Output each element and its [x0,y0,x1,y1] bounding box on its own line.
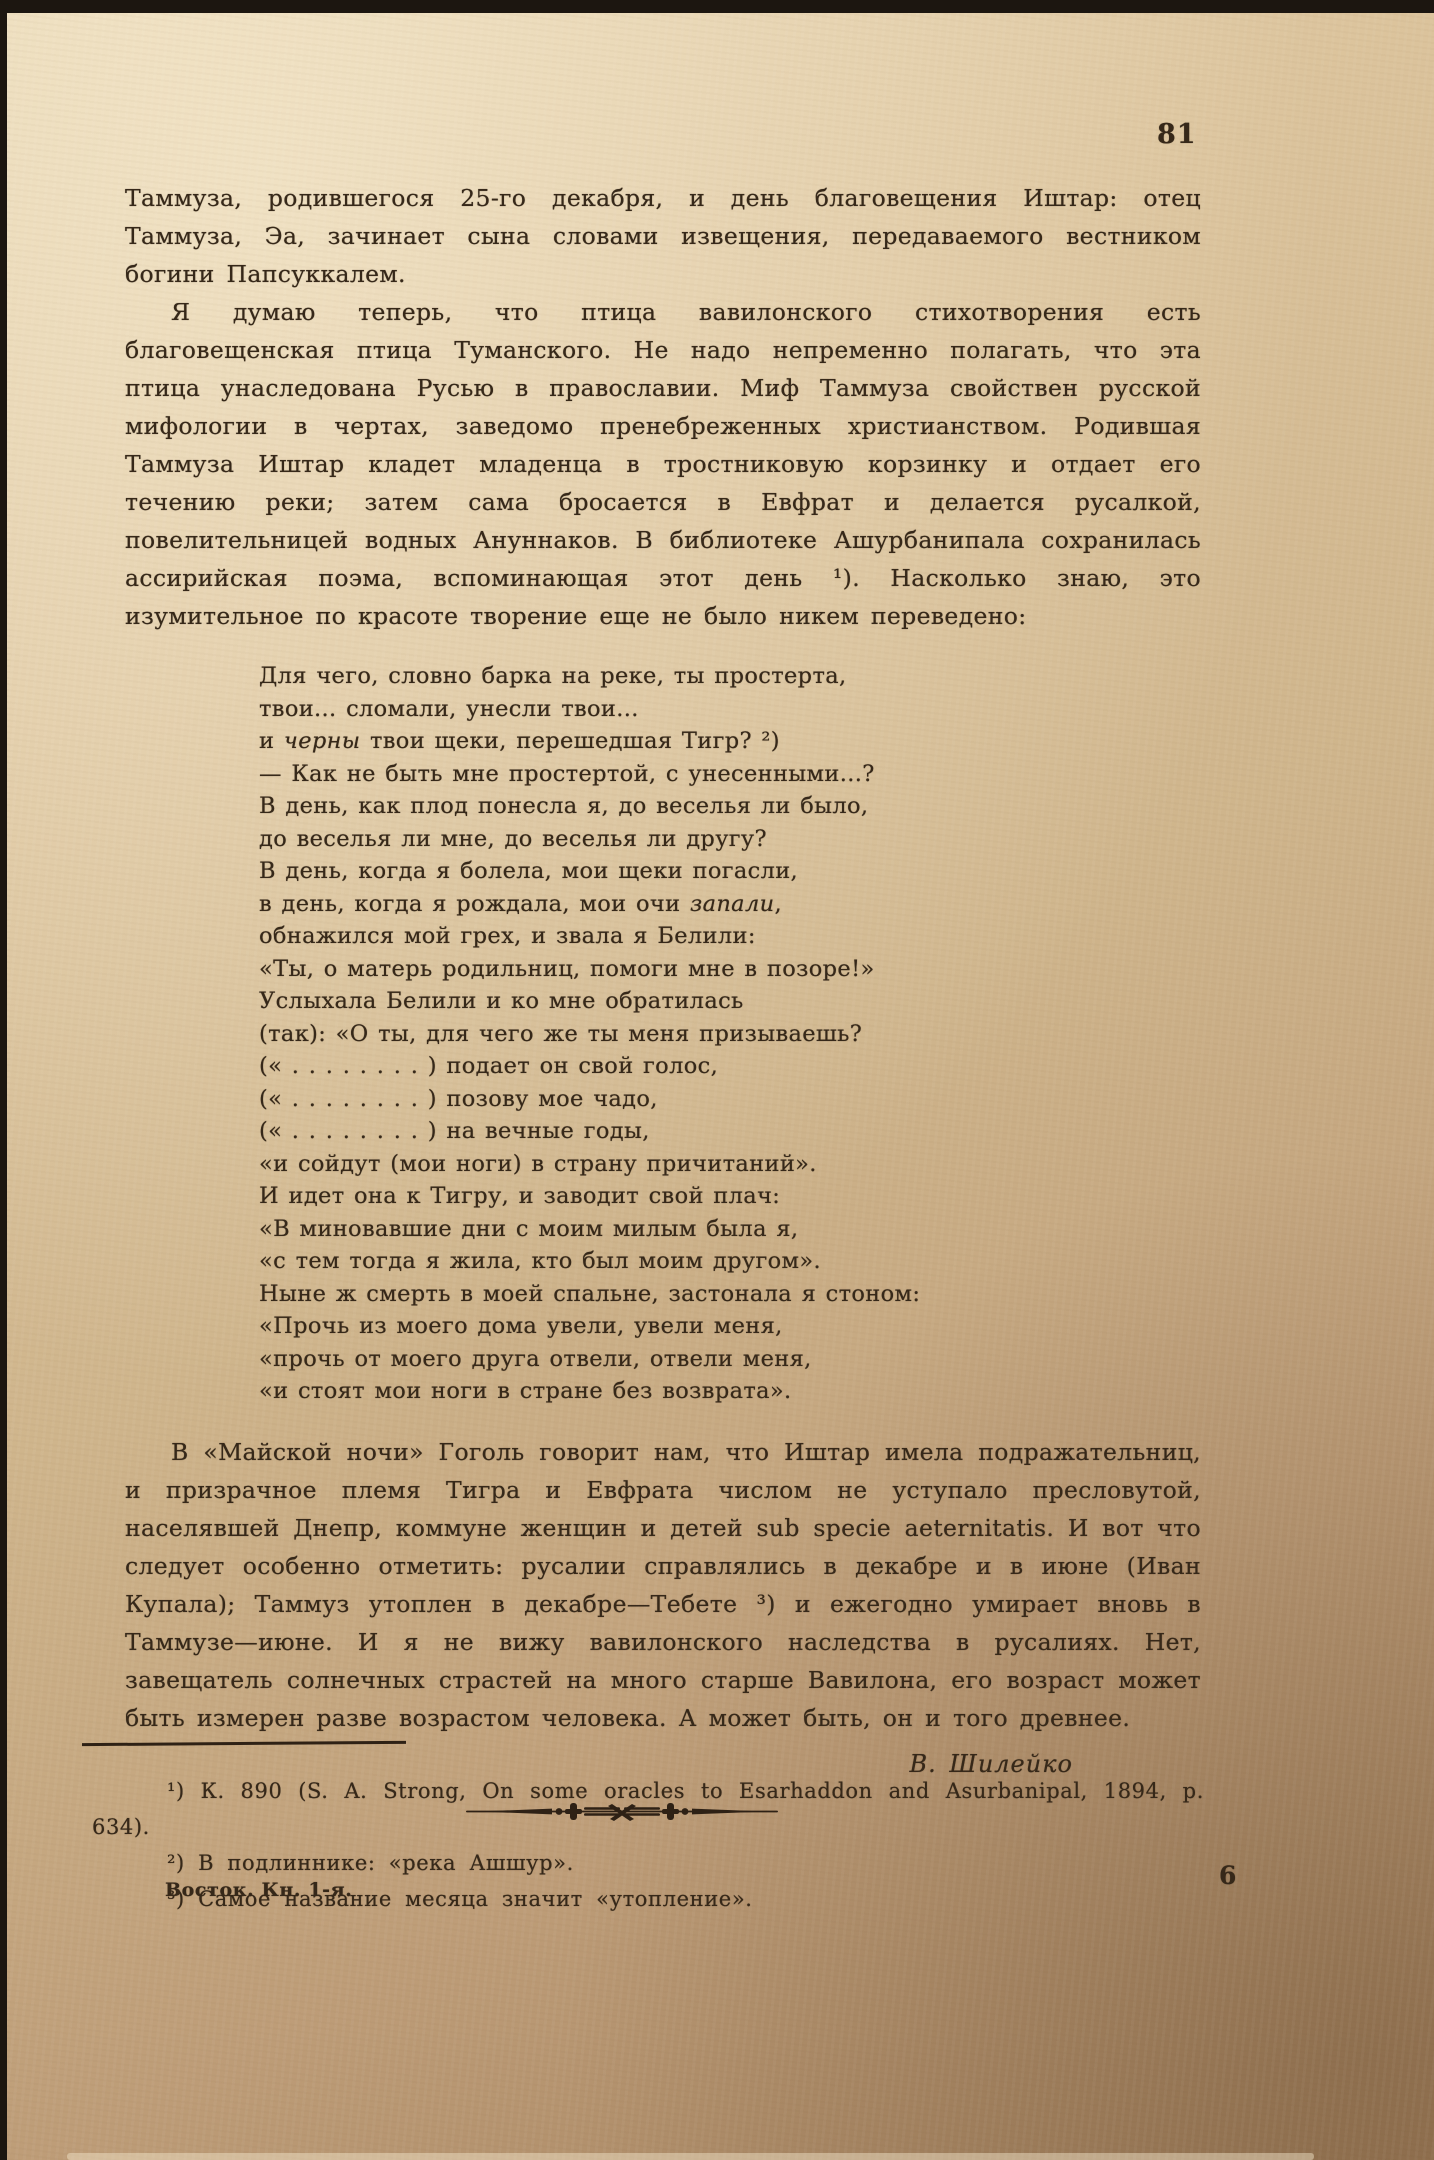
book-page: 81 Таммуза, родившегося 25-го декабря, и… [7,13,1434,2160]
page-number: 81 [1157,119,1197,150]
poem-line: «В миновавшие дни с моим милым была я, [259,1213,1201,1246]
imprint: Восток. Кн. 1-я. [165,1879,352,1901]
poem-line: Услыхала Белили и ко мне обратилась [259,985,1201,1018]
poem-line: (« . . . . . . . . ) подает он свой голо… [259,1050,1201,1083]
footnote: ²) В подлиннике: «река Ашшур». [92,1845,1204,1881]
poem-line: «с тем тогда я жила, кто был моим другом… [259,1245,1201,1278]
poem-line: твои... сломали, унесли твои... [259,693,1201,726]
poem-line: в день, когда я рождала, мои очи запали, [259,888,1201,921]
page-text-column: Таммуза, родившегося 25-го декабря, и де… [125,179,1201,1825]
poem-line: обнажился мой грех, и звала я Белили: [259,920,1201,953]
poem-line: «Ты, о матерь родильниц, помоги мне в по… [259,953,1201,986]
body-paragraph-2: Я думаю теперь, что птица вавилонского с… [125,293,1201,635]
poem-line: (« . . . . . . . . ) позову мое чадо, [259,1083,1201,1116]
poem-line: В день, когда я болела, мои щеки погасли… [259,855,1201,888]
poem-line: «и сойдут (мои ноги) в страну причитаний… [259,1148,1201,1181]
poem-line: «Прочь из моего дома увели, увели меня, [259,1310,1201,1343]
poem-line: «и стоят мои ноги в стране без возврата»… [259,1375,1201,1408]
sheet-number: 6 [1219,1861,1236,1890]
body-paragraph-3: В «Майской ночи» Гоголь говорит нам, что… [125,1433,1201,1737]
poem-line: Ныне ж смерть в моей спальне, застонала … [259,1278,1201,1311]
body-paragraph-1: Таммуза, родившегося 25-го декабря, и де… [125,179,1201,293]
footnote: ¹) К. 890 (S. A. Strong, On some oracles… [92,1773,1204,1845]
poem-line: (так): «О ты, для чего же ты меня призыв… [259,1018,1201,1051]
poem-line: до веселья ли мне, до веселья ли другу? [259,823,1201,856]
poem-block: Для чего, словно барка на реке, ты прост… [259,660,1201,1408]
poem-line: И идет она к Тигру, и заводит свой плач: [259,1180,1201,1213]
poem-line: Для чего, словно барка на реке, ты прост… [259,660,1201,693]
poem-line: (« . . . . . . . . ) на вечные годы, [259,1115,1201,1148]
poem-line: «прочь от моего друга отвели, отвели мен… [259,1343,1201,1376]
poem-line: и черны твои щеки, перешедшая Тигр? ²) [259,725,1201,758]
poem-line: В день, как плод понесла я, до веселья л… [259,790,1201,823]
poem-line: — Как не быть мне простертой, с унесенны… [259,758,1201,791]
